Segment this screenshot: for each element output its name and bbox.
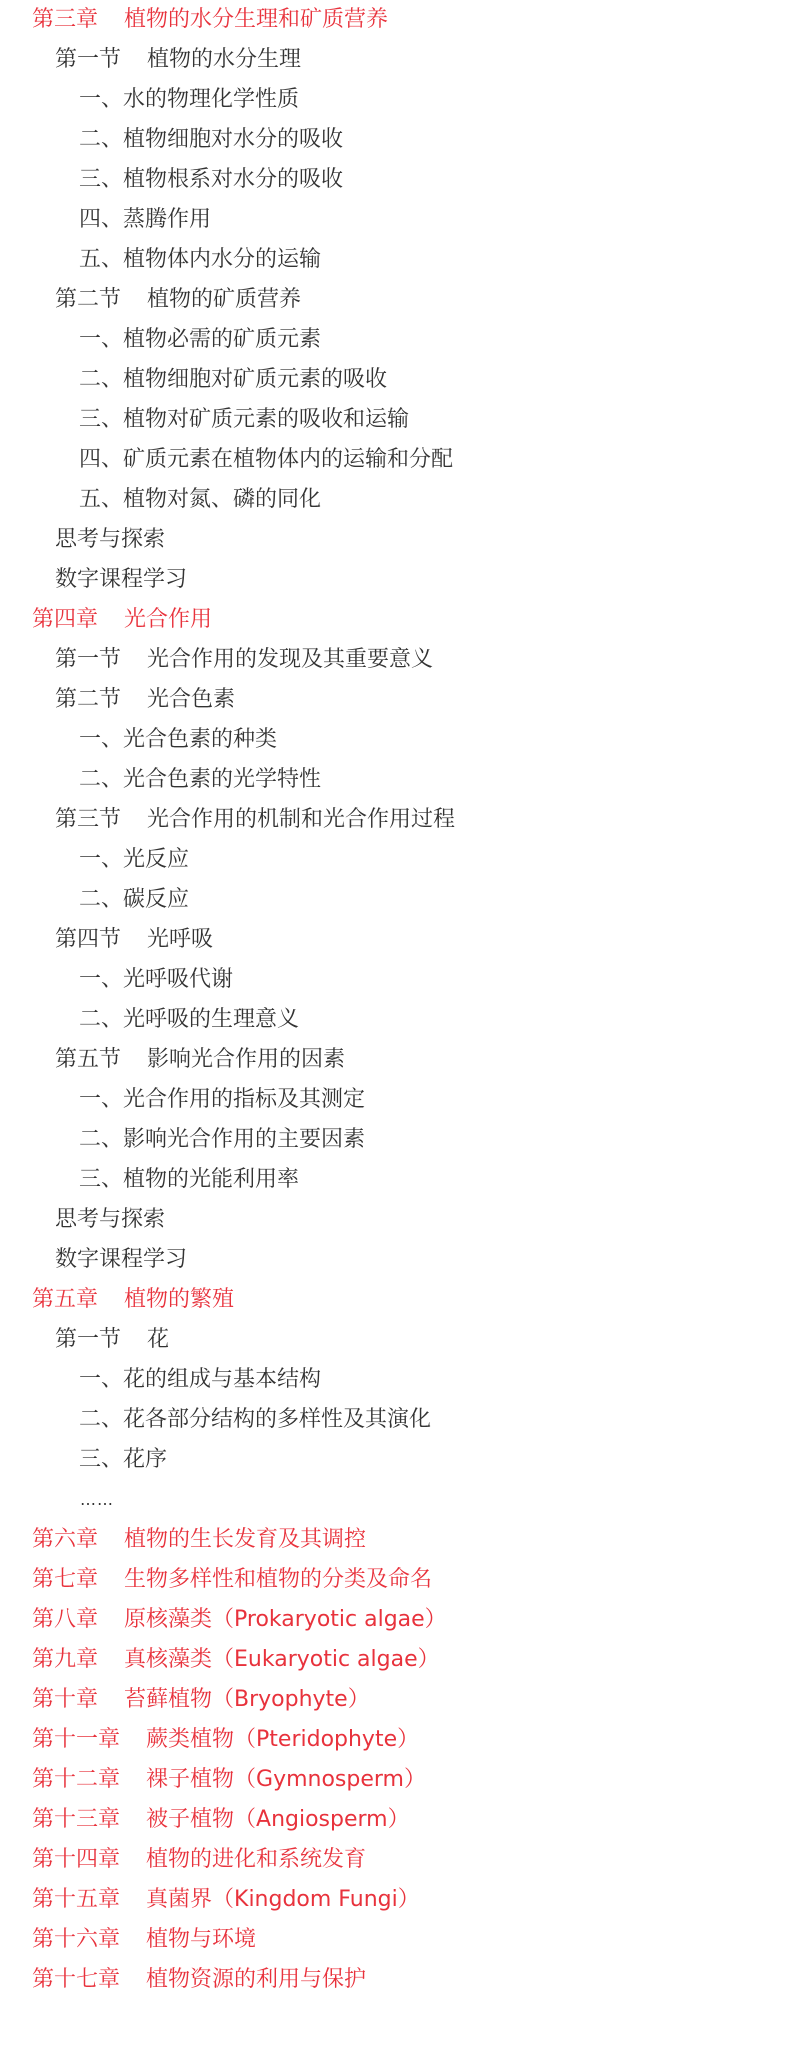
chapter-number: 第四章 bbox=[32, 600, 98, 640]
chapter-title: 光合作用 bbox=[124, 600, 212, 640]
item-title: 一、光合色素的种类 bbox=[79, 720, 277, 760]
chapter-number: 第七章 bbox=[32, 1560, 98, 1600]
toc-item-link[interactable]: 二、影响光合作用的主要因素 bbox=[79, 1120, 365, 1160]
item-title: 三、植物根系对水分的吸收 bbox=[79, 160, 343, 200]
chapter-title: 植物的繁殖 bbox=[124, 1280, 234, 1320]
toc-chapter-link[interactable]: 第八章原核藻类（Prokaryotic algae） bbox=[32, 1600, 447, 1640]
chapter-number: 第十六章 bbox=[32, 1920, 120, 1960]
toc-chapter-link[interactable]: 第十二章裸子植物（Gymnosperm） bbox=[32, 1760, 426, 1800]
toc-section-link[interactable]: 思考与探索 bbox=[55, 1200, 165, 1240]
toc-item-link[interactable]: 二、花各部分结构的多样性及其演化 bbox=[79, 1400, 431, 1440]
section-number: 第一节 bbox=[55, 640, 121, 680]
toc-section-link[interactable]: 第四节光呼吸 bbox=[55, 920, 213, 960]
toc-chapter-link[interactable]: 第三章植物的水分生理和矿质营养 bbox=[32, 0, 388, 40]
toc-item-link[interactable]: 一、光呼吸代谢 bbox=[79, 960, 233, 1000]
section-title: 思考与探索 bbox=[55, 520, 165, 560]
section-number: 第二节 bbox=[55, 280, 121, 320]
chapter-number: 第十七章 bbox=[32, 1960, 120, 2000]
item-title: 三、植物对矿质元素的吸收和运输 bbox=[79, 400, 409, 440]
item-title: 一、光呼吸代谢 bbox=[79, 960, 233, 1000]
item-title: 四、蒸腾作用 bbox=[79, 200, 211, 240]
toc-chapter-link[interactable]: 第十四章植物的进化和系统发育 bbox=[32, 1840, 366, 1880]
chapter-title: 被子植物（Angiosperm） bbox=[146, 1800, 410, 1840]
chapter-number: 第十章 bbox=[32, 1680, 98, 1720]
section-title: 数字课程学习 bbox=[55, 560, 187, 600]
toc-chapter-link[interactable]: 第十三章被子植物（Angiosperm） bbox=[32, 1800, 410, 1840]
chapter-number: 第十三章 bbox=[32, 1800, 120, 1840]
section-number: 第一节 bbox=[55, 40, 121, 80]
chapter-number: 第六章 bbox=[32, 1520, 98, 1560]
section-title: 思考与探索 bbox=[55, 1200, 165, 1240]
toc-item-link[interactable]: 五、植物体内水分的运输 bbox=[79, 240, 321, 280]
item-title: 二、植物细胞对矿质元素的吸收 bbox=[79, 360, 387, 400]
chapter-number: 第九章 bbox=[32, 1640, 98, 1680]
toc-item-link[interactable]: 二、光合色素的光学特性 bbox=[79, 760, 321, 800]
toc-section-link[interactable]: 数字课程学习 bbox=[55, 1240, 187, 1280]
toc-section-link[interactable]: 第五节影响光合作用的因素 bbox=[55, 1040, 345, 1080]
chapter-title: 原核藻类（Prokaryotic algae） bbox=[124, 1600, 447, 1640]
chapter-number: 第八章 bbox=[32, 1600, 98, 1640]
item-title: 一、植物必需的矿质元素 bbox=[79, 320, 321, 360]
section-title: 光呼吸 bbox=[147, 920, 213, 960]
toc-section-link[interactable]: 第一节植物的水分生理 bbox=[55, 40, 301, 80]
section-title: 植物的水分生理 bbox=[147, 40, 301, 80]
toc-section-link[interactable]: 第一节光合作用的发现及其重要意义 bbox=[55, 640, 433, 680]
toc-chapter-link[interactable]: 第七章生物多样性和植物的分类及命名 bbox=[32, 1560, 432, 1600]
toc-item-link[interactable]: 四、矿质元素在植物体内的运输和分配 bbox=[79, 440, 453, 480]
section-title: 光合作用的发现及其重要意义 bbox=[147, 640, 433, 680]
toc-item-link[interactable]: 二、植物细胞对水分的吸收 bbox=[79, 120, 343, 160]
toc-item-link[interactable]: 三、植物的光能利用率 bbox=[79, 1160, 299, 1200]
chapter-number: 第十一章 bbox=[32, 1720, 120, 1760]
section-title: 数字课程学习 bbox=[55, 1240, 187, 1280]
toc-item-link[interactable]: 三、植物对矿质元素的吸收和运输 bbox=[79, 400, 409, 440]
toc-chapter-link[interactable]: 第十章苔藓植物（Bryophyte） bbox=[32, 1680, 370, 1720]
chapter-title: 裸子植物（Gymnosperm） bbox=[146, 1760, 426, 1800]
item-title: 一、光合作用的指标及其测定 bbox=[79, 1080, 365, 1120]
item-title: 五、植物体内水分的运输 bbox=[79, 240, 321, 280]
item-title: 三、花序 bbox=[79, 1440, 167, 1480]
toc-item-link[interactable]: 一、光合作用的指标及其测定 bbox=[79, 1080, 365, 1120]
chapter-title: 真核藻类（Eukaryotic algae） bbox=[124, 1640, 440, 1680]
toc-chapter-link[interactable]: 第四章光合作用 bbox=[32, 600, 212, 640]
chapter-number: 第十五章 bbox=[32, 1880, 120, 1920]
toc-item-link[interactable]: 三、植物根系对水分的吸收 bbox=[79, 160, 343, 200]
toc-item-link[interactable]: 四、蒸腾作用 bbox=[79, 200, 211, 240]
section-number: 第四节 bbox=[55, 920, 121, 960]
toc-chapter-link[interactable]: 第九章真核藻类（Eukaryotic algae） bbox=[32, 1640, 440, 1680]
item-title: 二、光呼吸的生理意义 bbox=[79, 1000, 299, 1040]
chapter-title: 生物多样性和植物的分类及命名 bbox=[124, 1560, 432, 1600]
section-number: 第五节 bbox=[55, 1040, 121, 1080]
item-title: 一、花的组成与基本结构 bbox=[79, 1360, 321, 1400]
toc-item-link[interactable]: 一、水的物理化学性质 bbox=[79, 80, 299, 120]
toc-item-link[interactable]: 一、光反应 bbox=[79, 840, 189, 880]
chapter-title: 植物与环境 bbox=[146, 1920, 256, 1960]
toc-chapter-link[interactable]: 第五章植物的繁殖 bbox=[32, 1280, 234, 1320]
toc-item-link[interactable]: 二、植物细胞对矿质元素的吸收 bbox=[79, 360, 387, 400]
toc-item-link[interactable]: 二、光呼吸的生理意义 bbox=[79, 1000, 299, 1040]
toc-chapter-link[interactable]: 第十五章真菌界（Kingdom Fungi） bbox=[32, 1880, 420, 1920]
chapter-title: 植物的水分生理和矿质营养 bbox=[124, 0, 388, 40]
toc-ellipsis: …… bbox=[80, 1480, 114, 1520]
section-title: 植物的矿质营养 bbox=[147, 280, 301, 320]
chapter-number: 第十四章 bbox=[32, 1840, 120, 1880]
section-title: 花 bbox=[147, 1320, 169, 1360]
toc-item-link[interactable]: 二、碳反应 bbox=[79, 880, 189, 920]
item-title: 三、植物的光能利用率 bbox=[79, 1160, 299, 1200]
item-title: 二、花各部分结构的多样性及其演化 bbox=[79, 1400, 431, 1440]
section-number: 第二节 bbox=[55, 680, 121, 720]
chapter-title: 真菌界（Kingdom Fungi） bbox=[146, 1880, 420, 1920]
toc-section-link[interactable]: 第二节光合色素 bbox=[55, 680, 235, 720]
section-number: 第一节 bbox=[55, 1320, 121, 1360]
chapter-title: 植物的生长发育及其调控 bbox=[124, 1520, 366, 1560]
toc-item-link[interactable]: 一、植物必需的矿质元素 bbox=[79, 320, 321, 360]
section-title: 光合色素 bbox=[147, 680, 235, 720]
item-title: 五、植物对氮、磷的同化 bbox=[79, 480, 321, 520]
item-title: 二、光合色素的光学特性 bbox=[79, 760, 321, 800]
toc-chapter-link[interactable]: 第十一章蕨类植物（Pteridophyte） bbox=[32, 1720, 419, 1760]
chapter-title: 苔藓植物（Bryophyte） bbox=[124, 1680, 370, 1720]
section-number: 第三节 bbox=[55, 800, 121, 840]
toc-chapter-link[interactable]: 第十六章植物与环境 bbox=[32, 1920, 256, 1960]
toc-item-link[interactable]: 一、花的组成与基本结构 bbox=[79, 1360, 321, 1400]
item-title: 一、光反应 bbox=[79, 840, 189, 880]
chapter-title: 植物的进化和系统发育 bbox=[146, 1840, 366, 1880]
toc-item-link[interactable]: 五、植物对氮、磷的同化 bbox=[79, 480, 321, 520]
item-title: 二、植物细胞对水分的吸收 bbox=[79, 120, 343, 160]
section-title: 影响光合作用的因素 bbox=[147, 1040, 345, 1080]
chapter-number: 第十二章 bbox=[32, 1760, 120, 1800]
toc-section-link[interactable]: 第一节花 bbox=[55, 1320, 169, 1360]
toc-section-link[interactable]: 数字课程学习 bbox=[55, 560, 187, 600]
toc-section-link[interactable]: 第二节植物的矿质营养 bbox=[55, 280, 301, 320]
item-title: 四、矿质元素在植物体内的运输和分配 bbox=[79, 440, 453, 480]
chapter-title: 蕨类植物（Pteridophyte） bbox=[146, 1720, 419, 1760]
section-title: 光合作用的机制和光合作用过程 bbox=[147, 800, 455, 840]
item-title: 一、水的物理化学性质 bbox=[79, 80, 299, 120]
toc-section-link[interactable]: 第三节光合作用的机制和光合作用过程 bbox=[55, 800, 455, 840]
toc-item-link[interactable]: 一、光合色素的种类 bbox=[79, 720, 277, 760]
chapter-number: 第三章 bbox=[32, 0, 98, 40]
toc-chapter-link[interactable]: 第六章植物的生长发育及其调控 bbox=[32, 1520, 366, 1560]
toc-chapter-link[interactable]: 第十七章植物资源的利用与保护 bbox=[32, 1960, 366, 2000]
item-title: 二、碳反应 bbox=[79, 880, 189, 920]
chapter-number: 第五章 bbox=[32, 1280, 98, 1320]
item-title: 二、影响光合作用的主要因素 bbox=[79, 1120, 365, 1160]
chapter-title: 植物资源的利用与保护 bbox=[146, 1960, 366, 2000]
toc-section-link[interactable]: 思考与探索 bbox=[55, 520, 165, 560]
toc-item-link[interactable]: 三、花序 bbox=[79, 1440, 167, 1480]
ellipsis-title: …… bbox=[80, 1480, 114, 1520]
